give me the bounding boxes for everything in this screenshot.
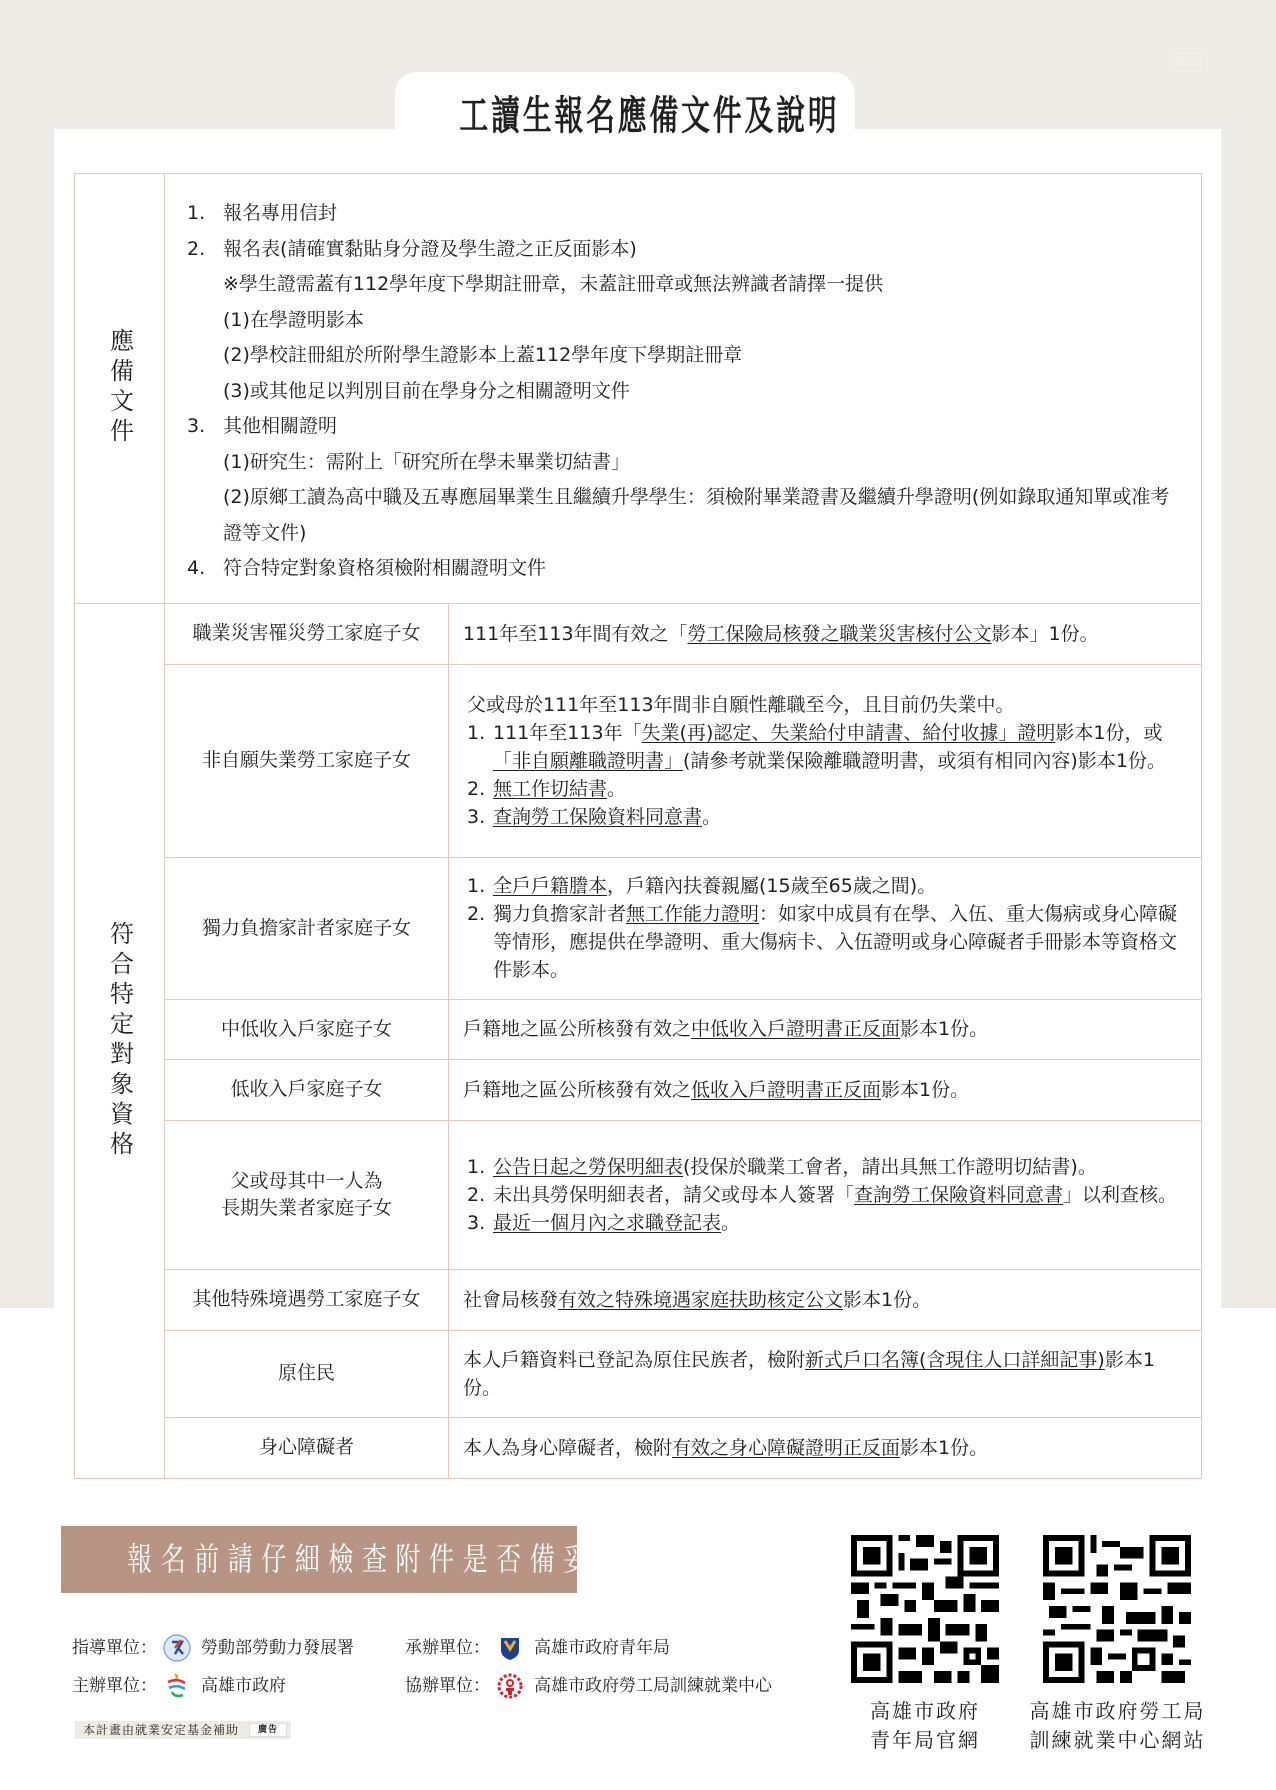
- doc-item: 1.報名專用信封: [187, 196, 1181, 232]
- eligibility-row: 獨力負擔家計者家庭子女 1.全戶戶籍謄本，戶籍內扶養親屬(15歲至65歲之間)。…: [75, 857, 1202, 999]
- category-cell: 身心障礙者: [165, 1417, 449, 1478]
- undertaking-unit: 承辦單位： 高雄市政府青年局: [405, 1634, 670, 1662]
- eligibility-label: 符合特定對象資格: [100, 921, 140, 1161]
- list-item: 1.公告日起之勞保明細表(投保於職業工會者，請出具無工作證明切結書)。: [463, 1153, 1185, 1181]
- training-center-logo-icon: [496, 1672, 524, 1700]
- list-item: 1.111年至113年「失業(再)認定、失業給付申請書、給付收據」證明影本1份，…: [463, 719, 1185, 775]
- qr-code-training-center[interactable]: [1043, 1535, 1191, 1683]
- qr-caption-training-center: 高雄市政府勞工局 訓練就業中心網站: [1020, 1697, 1215, 1755]
- list-item: 1.全戶戶籍謄本，戶籍內扶養親屬(15歲至65歲之間)。: [463, 872, 1185, 900]
- doc-subitem: (1)研究生：需附上「研究所在學未畢業切結書」: [187, 445, 1181, 481]
- description-cell: 父或母於111年至113年間非自願性離職至今，且目前仍失業中。 1.111年至1…: [449, 664, 1202, 857]
- eligibility-row: 其他特殊境遇勞工家庭子女 社會局核發有效之特殊境遇家庭扶助核定公文影本1份。: [75, 1269, 1202, 1330]
- eligibility-row: 非自願失業勞工家庭子女 父或母於111年至113年間非自願性離職至今，且目前仍失…: [75, 664, 1202, 857]
- ad-tag: 廣告: [249, 1723, 287, 1737]
- requirements-table: 應備文件 1.報名專用信封 2.報名表(請確實黏貼身分證及學生證之正反面影本) …: [74, 173, 1202, 1479]
- description-cell: 1.全戶戶籍謄本，戶籍內扶養親屬(15歲至65歲之間)。 2.獨力負擔家計者無工…: [449, 857, 1202, 999]
- description-cell: 本人戶籍資料已登記為原住民族者，檢附新式戶口名簿(含現住人口詳細記事)影本1份。: [449, 1330, 1202, 1417]
- list-item: 3.最近一個月內之求職登記表。: [463, 1209, 1185, 1237]
- category-cell: 非自願失業勞工家庭子女: [165, 664, 449, 857]
- required-documents-list: 1.報名專用信封 2.報名表(請確實黏貼身分證及學生證之正反面影本) ※學生證需…: [165, 174, 1202, 604]
- organizer-unit: 主辦單位： 高雄市政府: [72, 1672, 286, 1700]
- list-item: 3.查詢勞工保險資料同意書。: [463, 803, 1185, 831]
- qr-code-youth-bureau[interactable]: [851, 1535, 999, 1683]
- reminder-banner: 報名前請仔細檢查附件是否備妥: [61, 1526, 577, 1593]
- description-cell: 本人為身心障礙者，檢附有效之身心障礙證明正反面影本1份。: [449, 1417, 1202, 1478]
- category-cell: 其他特殊境遇勞工家庭子女: [165, 1269, 449, 1330]
- doc-item: 4.符合特定對象資格須檢附相關證明文件: [187, 551, 1181, 587]
- guide-unit: 指導單位： 勞動部勞動力發展署: [72, 1634, 354, 1662]
- doc-subitem: (2)原鄉工讀為高中職及五專應屆畢業生且繼續升學學生：須檢附畢業證書及繼續升學證…: [187, 480, 1181, 551]
- category-cell: 中低收入戶家庭子女: [165, 999, 449, 1059]
- eligibility-label-cell: 符合特定對象資格: [75, 603, 165, 1478]
- eligibility-row: 符合特定對象資格 職業災害罹災勞工家庭子女 111年至113年間有效之「勞工保險…: [75, 603, 1202, 664]
- required-documents-label: 應備文件: [100, 328, 140, 448]
- page-title: 工讀生報名應備文件及說明: [459, 90, 790, 142]
- doc-subitem: (3)或其他足以判別目前在學身分之相關證明文件: [187, 374, 1181, 410]
- doc-item: 2.報名表(請確實黏貼身分證及學生證之正反面影本): [187, 232, 1181, 268]
- required-documents-row: 應備文件 1.報名專用信封 2.報名表(請確實黏貼身分證及學生證之正反面影本) …: [75, 174, 1202, 604]
- list-item: 2.獨力負擔家計者無工作能力證明：如家中成員有在學、入伍、重大傷病或身心障礙等情…: [463, 900, 1185, 984]
- qr-caption-youth-bureau: 高雄市政府 青年局官網: [840, 1697, 1010, 1755]
- required-documents-label-cell: 應備文件: [75, 174, 165, 604]
- eligibility-row: 低收入戶家庭子女 戶籍地之區公所核發有效之低收入戶證明書正反面影本1份。: [75, 1059, 1202, 1120]
- category-cell: 獨力負擔家計者家庭子女: [165, 857, 449, 999]
- description-cell: 社會局核發有效之特殊境遇家庭扶助核定公文影本1份。: [449, 1269, 1202, 1330]
- eligibility-row: 身心障礙者 本人為身心障礙者，檢附有效之身心障礙證明正反面影本1份。: [75, 1417, 1202, 1478]
- category-cell: 低收入戶家庭子女: [165, 1059, 449, 1120]
- eligibility-row: 原住民 本人戶籍資料已登記為原住民族者，檢附新式戶口名簿(含現住人口詳細記事)影…: [75, 1330, 1202, 1417]
- fund-note: 本計畫由就業安定基金補助 廣告: [75, 1721, 291, 1739]
- eligibility-row: 父或母其中一人為 長期失業者家庭子女 1.公告日起之勞保明細表(投保於職業工會者…: [75, 1120, 1202, 1269]
- eligibility-row: 中低收入戶家庭子女 戶籍地之區公所核發有效之中低收入戶證明書正反面影本1份。: [75, 999, 1202, 1059]
- description-cell: 戶籍地之區公所核發有效之中低收入戶證明書正反面影本1份。: [449, 999, 1202, 1059]
- description-cell: 1.公告日起之勞保明細表(投保於職業工會者，請出具無工作證明切結書)。 2.未出…: [449, 1120, 1202, 1269]
- list-item: 2.無工作切結書。: [463, 775, 1185, 803]
- doc-subitem: (2)學校註冊組於所附學生證影本上蓋112學年度下學期註冊章: [187, 338, 1181, 374]
- doc-item: 3.其他相關證明: [187, 409, 1181, 445]
- doc-subitem: (1)在學證明影本: [187, 303, 1181, 339]
- description-cell: 111年至113年間有效之「勞工保險局核發之職業災害核付公文影本」1份。: [449, 603, 1202, 664]
- description-cell: 戶籍地之區公所核發有效之低收入戶證明書正反面影本1份。: [449, 1059, 1202, 1120]
- youth-bureau-logo-icon: [496, 1634, 524, 1662]
- wda-logo-icon: [163, 1634, 191, 1662]
- list-item: 2.未出具勞保明細表者，請父或母本人簽署「查詢勞工保險資料同意書」以利查核。: [463, 1181, 1185, 1209]
- category-cell: 原住民: [165, 1330, 449, 1417]
- co-organizer-unit: 協辦單位： 高雄市政府勞工局訓練就業中心: [405, 1672, 772, 1700]
- kaohsiung-logo-icon: [163, 1672, 191, 1700]
- ad-watermark: 廣告: [1170, 52, 1202, 72]
- category-cell: 父或母其中一人為 長期失業者家庭子女: [165, 1120, 449, 1269]
- doc-subitem: ※學生證需蓋有112學年度下學期註冊章，未蓋註冊章或無法辨識者請擇一提供: [187, 267, 1181, 303]
- category-cell: 職業災害罹災勞工家庭子女: [165, 603, 449, 664]
